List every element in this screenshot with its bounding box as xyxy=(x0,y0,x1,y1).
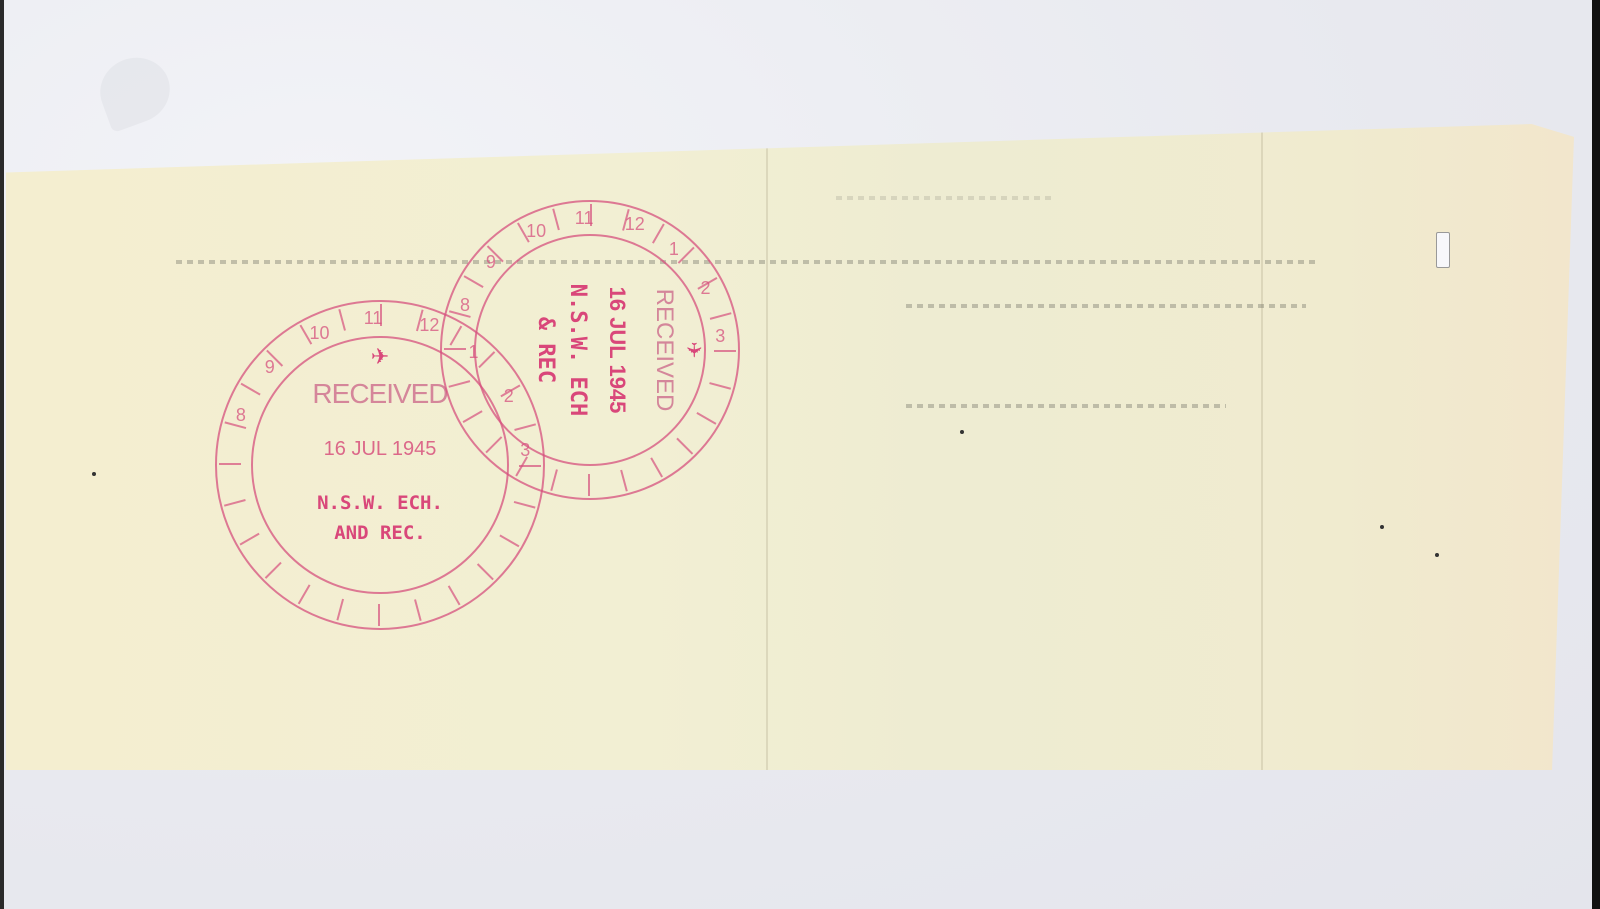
stamp-line1: N.S.W. ECH xyxy=(565,200,590,500)
dial-number: 11 xyxy=(575,208,594,229)
dial-tick xyxy=(444,348,466,350)
dial-number: 8 xyxy=(236,405,246,426)
dial-number: 3 xyxy=(715,326,725,347)
received-postmark-stamp-rotated: ✈ RECEIVED 16 JUL 1945 N.S.W. ECH & REC … xyxy=(440,200,740,500)
stamp-line2: AND REC. xyxy=(215,522,545,544)
speck xyxy=(1435,553,1439,557)
dial-number: 10 xyxy=(526,221,546,242)
dial-tick xyxy=(588,474,590,496)
scan-edge-right xyxy=(1592,0,1600,909)
scan-edge-left xyxy=(0,0,4,909)
speck xyxy=(1380,525,1384,529)
dial-number: 11 xyxy=(364,308,383,329)
dial-number: 12 xyxy=(625,214,645,235)
dial-number: 8 xyxy=(460,295,470,316)
dial-number: 2 xyxy=(701,278,711,299)
dial-number: 12 xyxy=(419,315,439,336)
dial-tick xyxy=(378,604,380,626)
dial-number: 1 xyxy=(669,239,679,260)
faint-print-line xyxy=(176,260,1316,264)
fold-line xyxy=(766,124,768,770)
speck xyxy=(92,472,96,476)
faint-print-line xyxy=(906,304,1306,308)
faint-print-line xyxy=(836,196,1056,200)
dial-number: 10 xyxy=(310,323,330,344)
dial-tick xyxy=(714,350,736,352)
dial-tick xyxy=(219,463,241,465)
stamp-date: 16 JUL 1945 xyxy=(604,200,630,500)
fold-line xyxy=(1261,124,1263,770)
speck xyxy=(960,430,964,434)
punch-hole xyxy=(1436,232,1450,268)
dial-number: 9 xyxy=(486,252,496,273)
dial-number: 9 xyxy=(265,357,275,378)
faint-print-line xyxy=(906,404,1226,408)
stamp-line2: & REC xyxy=(533,200,558,500)
airplane-icon: ✈ xyxy=(681,200,706,500)
